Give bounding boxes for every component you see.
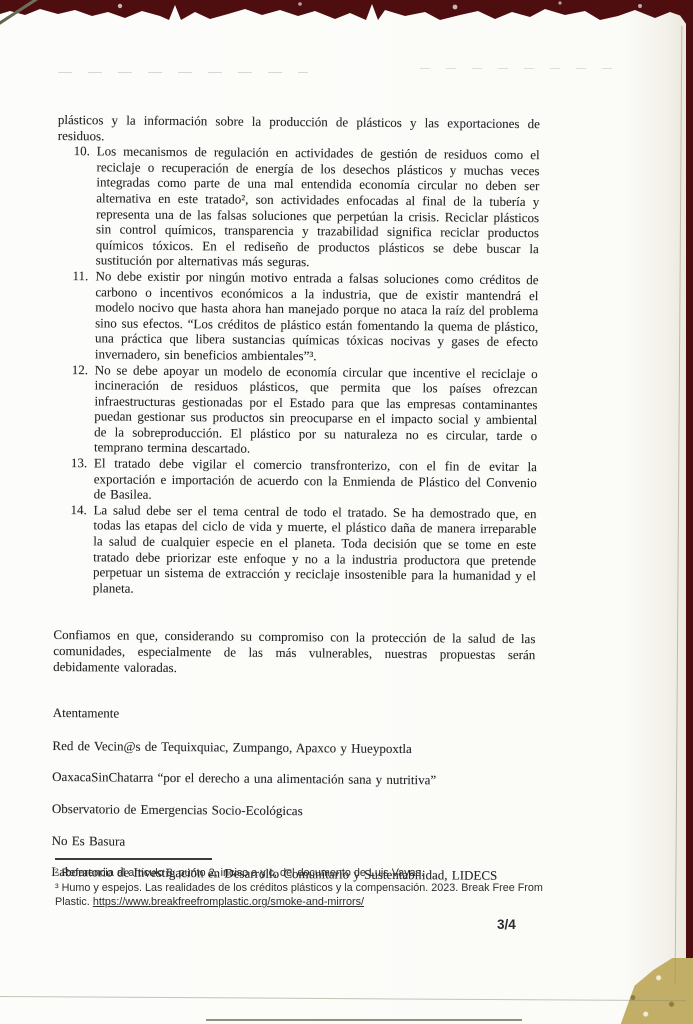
list-item-text: Los mecanismos de regulación en activida…	[96, 144, 540, 273]
list-item-text: El tratado debe vigilar el comercio tran…	[94, 455, 537, 506]
list-item-text: No debe existir por ningún motivo entrad…	[95, 268, 539, 365]
letter-body: plásticos y la información sobre la prod…	[51, 112, 540, 884]
page-number: 3/4	[497, 917, 516, 932]
list-number: 13.	[55, 455, 94, 502]
signatory: Red de Vecin@s de Tequixquiac, Zumpango,…	[52, 738, 534, 758]
signoff: Atentamente	[53, 705, 535, 725]
page-edge-bottom	[0, 996, 686, 1001]
list-number: 10.	[57, 143, 97, 268]
scan-smudge	[420, 68, 620, 69]
footnote-text: Referencia al artículo 8, punto 2, incis…	[62, 867, 424, 879]
list-item-14: 14. La salud debe ser el tema central de…	[54, 502, 537, 600]
footnote-marker: ²	[55, 867, 59, 879]
list-item-11: 11. No debe existir por ningún motivo en…	[56, 268, 539, 366]
closing-paragraph: Confiamos en que, considerando su compro…	[53, 627, 535, 678]
signatory: OaxacaSinChatarra “por el derecho a una …	[52, 769, 534, 789]
footnote-marker: ³	[55, 882, 59, 894]
crease-mark	[0, 0, 76, 27]
footnote-link[interactable]: https://www.breakfreefromplastic.org/smo…	[93, 896, 364, 908]
list-number: 12.	[55, 361, 95, 455]
list-item-10: 10. Los mecanismos de regulación en acti…	[57, 143, 540, 272]
scan-smudge	[58, 72, 308, 73]
list-number: 14.	[54, 502, 94, 596]
signatory: Observatorio de Emergencias Socio-Ecológ…	[52, 801, 534, 821]
footnotes: ² Referencia al artículo 8, punto 2, inc…	[55, 858, 555, 910]
page-edge-bottom-inner	[206, 1019, 522, 1021]
scan-border-right	[686, 0, 693, 1024]
list-item-text: La salud debe ser el tema central de tod…	[93, 502, 537, 599]
footnote-3: ³ Humo y espejos. Las realidades de los …	[55, 881, 555, 910]
scan-border-top	[0, 0, 693, 24]
paragraph-continuation: plásticos y la información sobre la prod…	[58, 112, 540, 147]
scan-surface-corner	[607, 958, 693, 1024]
list-item-text: No se debe apoyar un modelo de economía …	[94, 362, 538, 459]
list-item-13: 13. El tratado debe vigilar el comercio …	[55, 455, 537, 506]
page-edge-vertical	[675, 26, 683, 984]
scanned-page: plásticos y la información sobre la prod…	[0, 0, 693, 1024]
footnote-2: ² Referencia al artículo 8, punto 2, inc…	[55, 866, 555, 881]
footnote-separator	[55, 858, 212, 860]
signatory: No Es Basura	[52, 833, 534, 853]
list-item-12: 12. No se debe apoyar un modelo de econo…	[55, 361, 538, 459]
list-number: 11.	[56, 268, 96, 362]
